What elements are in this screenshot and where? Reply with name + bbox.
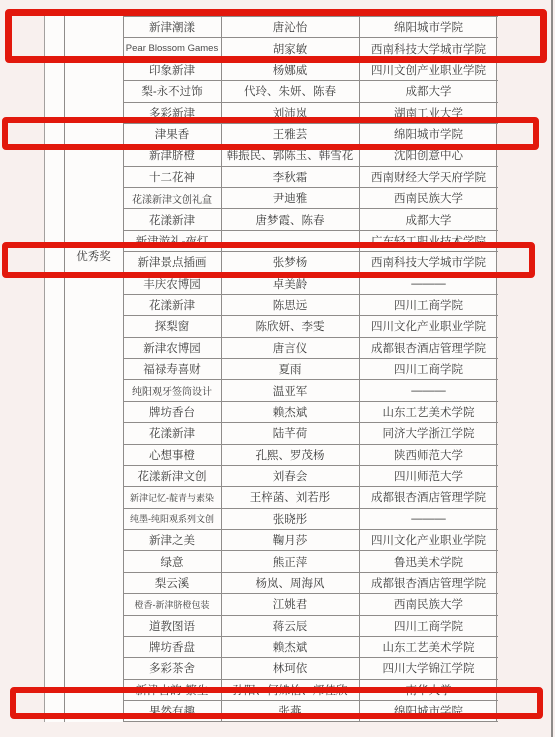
work-name-cell: 丰庆农博园	[123, 274, 221, 294]
author-cell: 温亚军	[221, 380, 359, 400]
author-cell: 王梓菡、刘若彤	[221, 487, 359, 507]
table-row: 花漾新津文创礼盒尹迪雅西南民族大学	[123, 188, 498, 209]
author-cell: 陈欣妍、李雯	[221, 316, 359, 336]
institution-cell: 同济大学浙江学院	[359, 423, 498, 443]
institution-cell: 四川工商学院	[359, 359, 498, 379]
table-row: 新津农博园唐言仪成都银杏酒店管理学院	[123, 338, 498, 359]
table-row: 新津古韵-繁生孙阳、何姝怡、邝佳欣南华大学	[123, 680, 498, 701]
work-name-cell: 十二花神	[123, 167, 221, 187]
table-row: 花漾新津唐梦霞、陈春成都大学	[123, 209, 498, 230]
author-cell: 夏雨	[221, 359, 359, 379]
institution-cell: 沈阳创意中心	[359, 145, 498, 165]
work-name-cell: 花漾新津文创礼盒	[123, 188, 221, 208]
author-cell: 熊正萍	[221, 551, 359, 571]
author-cell: 陆芊荷	[221, 423, 359, 443]
author-cell: 杨娜威	[221, 60, 359, 80]
table-row: 花漾新津文创刘春会四川师范大学	[123, 466, 498, 487]
author-cell: 卓美龄	[221, 274, 359, 294]
work-name-cell: 新津之美	[123, 530, 221, 550]
table-row: 纯墨-纯阳观系列文创张晓彤———	[123, 509, 498, 530]
table-row: 心想事橙孔熙、罗茂杨陕西师范大学	[123, 445, 498, 466]
work-name-cell: 多彩茶舍	[123, 658, 221, 678]
institution-cell: 西南科技大学城市学院	[359, 252, 498, 272]
author-cell: 刘春会	[221, 466, 359, 486]
table-row: 橙香-新津脐橙包装江姚君西南民族大学	[123, 594, 498, 615]
author-cell	[221, 231, 359, 251]
table-row: 印象新津杨娜威四川文创产业职业学院	[123, 60, 498, 81]
table-row: 牌坊香台赖杰斌山东工艺美术学院	[123, 402, 498, 423]
institution-cell: 南华大学	[359, 680, 498, 700]
table-row: 福禄寿喜财夏雨四川工商学院	[123, 359, 498, 380]
table-row: 梨-永不过饰代玲、朱妍、陈春成都大学	[123, 81, 498, 102]
institution-cell: ———	[359, 509, 498, 529]
author-cell: 胡家敏	[221, 38, 359, 58]
institution-cell: 绵阳城市学院	[359, 701, 498, 721]
table-row: 新津游礼-夜灯广东轻工职业技术学院	[123, 231, 498, 252]
work-name-cell: 橙香-新津脐橙包装	[123, 594, 221, 614]
table-row: 新津潮漾唐沁怡绵阳城市学院	[123, 17, 498, 38]
author-cell: 孔熙、罗茂杨	[221, 445, 359, 465]
author-cell: 陈思远	[221, 295, 359, 315]
institution-cell: 西南财经大学天府学院	[359, 167, 498, 187]
award-rank-label: 优秀奖	[64, 245, 123, 267]
table-row: 新津脐橙韩振民、郭陈玉、韩雪花沈阳创意中心	[123, 145, 498, 166]
institution-cell: 四川文化产业职业学院	[359, 316, 498, 336]
author-cell: 代玲、朱妍、陈春	[221, 81, 359, 101]
work-name-cell: 福禄寿喜财	[123, 359, 221, 379]
table-row: 果然有趣张燕绵阳城市学院	[123, 701, 498, 722]
author-cell: 王雅芸	[221, 124, 359, 144]
work-name-cell: 新津农博园	[123, 338, 221, 358]
author-cell: 唐沁怡	[221, 17, 359, 37]
work-name-cell: 新津记忆-靛青与素染	[123, 487, 221, 507]
work-name-cell: 梨-永不过饰	[123, 81, 221, 101]
page-edge-line	[551, 0, 553, 737]
institution-cell: 四川师范大学	[359, 466, 498, 486]
table-row: 梨云溪杨岚、周海风成都银杏酒店管理学院	[123, 573, 498, 594]
table-rows: 新津潮漾唐沁怡绵阳城市学院Pear Blossom Games胡家敏西南科技大学…	[123, 16, 498, 722]
author-cell: 赖杰斌	[221, 402, 359, 422]
table-row: 新津景点插画张梦杨西南科技大学城市学院	[123, 252, 498, 273]
institution-cell: 成都大学	[359, 209, 498, 229]
work-name-cell: 津果香	[123, 124, 221, 144]
work-name-cell: 印象新津	[123, 60, 221, 80]
table-row: 丰庆农博园卓美龄———	[123, 274, 498, 295]
table-row: 新津记忆-靛青与素染王梓菡、刘若彤成都银杏酒店管理学院	[123, 487, 498, 508]
institution-cell: 广东轻工职业技术学院	[359, 231, 498, 251]
work-name-cell: 新津景点插画	[123, 252, 221, 272]
table-row: 探梨窗陈欣妍、李雯四川文化产业职业学院	[123, 316, 498, 337]
author-cell: 林珂依	[221, 658, 359, 678]
institution-cell: 四川文创产业职业学院	[359, 60, 498, 80]
institution-cell: ———	[359, 274, 498, 294]
institution-cell: 四川工商学院	[359, 295, 498, 315]
author-cell: 张晓彤	[221, 509, 359, 529]
author-cell: 孙阳、何姝怡、邝佳欣	[221, 680, 359, 700]
work-name-cell: 花漾新津文创	[123, 466, 221, 486]
institution-cell: 鲁迅美术学院	[359, 551, 498, 571]
author-cell: 杨岚、周海风	[221, 573, 359, 593]
institution-cell: 西南科技大学城市学院	[359, 38, 498, 58]
work-name-cell: 新津古韵-繁生	[123, 680, 221, 700]
table-row: 道教图语蒋云辰四川工商学院	[123, 616, 498, 637]
table-row: 花漾新津陈思远四川工商学院	[123, 295, 498, 316]
work-name-cell: 新津脐橙	[123, 145, 221, 165]
table-row: 多彩新津刘沛岚湖南工业大学	[123, 103, 498, 124]
institution-cell: 西南民族大学	[359, 188, 498, 208]
institution-cell: 四川工商学院	[359, 616, 498, 636]
institution-cell: 绵阳城市学院	[359, 17, 498, 37]
table-row: Pear Blossom Games胡家敏西南科技大学城市学院	[123, 38, 498, 59]
work-name-cell: 新津游礼-夜灯	[123, 231, 221, 251]
work-name-cell: 花漾新津	[123, 423, 221, 443]
author-cell: 张梦杨	[221, 252, 359, 272]
work-name-cell: 心想事橙	[123, 445, 221, 465]
page: 优秀奖 新津潮漾唐沁怡绵阳城市学院Pear Blossom Games胡家敏西南…	[0, 0, 555, 737]
author-cell: 江姚君	[221, 594, 359, 614]
work-name-cell: 纯阳观牙签筒设计	[123, 380, 221, 400]
institution-cell: 陕西师范大学	[359, 445, 498, 465]
author-cell: 张燕	[221, 701, 359, 721]
author-cell: 韩振民、郭陈玉、韩雪花	[221, 145, 359, 165]
work-name-cell: 牌坊香台	[123, 402, 221, 422]
work-name-cell: 绿意	[123, 551, 221, 571]
table-row: 新津之美鞠月莎四川文化产业职业学院	[123, 530, 498, 551]
work-name-cell: Pear Blossom Games	[123, 38, 221, 58]
author-cell: 唐言仪	[221, 338, 359, 358]
table-row: 纯阳观牙签筒设计温亚军———	[123, 380, 498, 401]
column-divider	[64, 16, 65, 722]
awards-table: 优秀奖 新津潮漾唐沁怡绵阳城市学院Pear Blossom Games胡家敏西南…	[44, 16, 497, 722]
institution-cell: 山东工艺美术学院	[359, 402, 498, 422]
institution-cell: 四川大学锦江学院	[359, 658, 498, 678]
work-name-cell: 新津潮漾	[123, 17, 221, 37]
institution-cell: 成都银杏酒店管理学院	[359, 573, 498, 593]
institution-cell: 成都银杏酒店管理学院	[359, 487, 498, 507]
work-name-cell: 梨云溪	[123, 573, 221, 593]
institution-cell: 成都银杏酒店管理学院	[359, 338, 498, 358]
author-cell: 蒋云辰	[221, 616, 359, 636]
institution-cell: 四川文化产业职业学院	[359, 530, 498, 550]
institution-cell: 山东工艺美术学院	[359, 637, 498, 657]
work-name-cell: 纯墨-纯阳观系列文创	[123, 509, 221, 529]
author-cell: 李秋霜	[221, 167, 359, 187]
work-name-cell: 果然有趣	[123, 701, 221, 721]
author-cell: 鞠月莎	[221, 530, 359, 550]
author-cell: 唐梦霞、陈春	[221, 209, 359, 229]
work-name-cell: 探梨窗	[123, 316, 221, 336]
author-cell: 尹迪雅	[221, 188, 359, 208]
table-row: 花漾新津陆芊荷同济大学浙江学院	[123, 423, 498, 444]
institution-cell: 成都大学	[359, 81, 498, 101]
institution-cell: 湖南工业大学	[359, 103, 498, 123]
work-name-cell: 道教图语	[123, 616, 221, 636]
author-cell: 赖杰斌	[221, 637, 359, 657]
table-row: 绿意熊正萍鲁迅美术学院	[123, 551, 498, 572]
author-cell: 刘沛岚	[221, 103, 359, 123]
institution-cell: 绵阳城市学院	[359, 124, 498, 144]
table-row: 津果香王雅芸绵阳城市学院	[123, 124, 498, 145]
table-row: 牌坊香盘赖杰斌山东工艺美术学院	[123, 637, 498, 658]
table-row: 十二花神李秋霜西南财经大学天府学院	[123, 167, 498, 188]
institution-cell: ———	[359, 380, 498, 400]
table-row: 多彩茶舍林珂依四川大学锦江学院	[123, 658, 498, 679]
work-name-cell: 牌坊香盘	[123, 637, 221, 657]
work-name-cell: 多彩新津	[123, 103, 221, 123]
institution-cell: 西南民族大学	[359, 594, 498, 614]
work-name-cell: 花漾新津	[123, 295, 221, 315]
work-name-cell: 花漾新津	[123, 209, 221, 229]
